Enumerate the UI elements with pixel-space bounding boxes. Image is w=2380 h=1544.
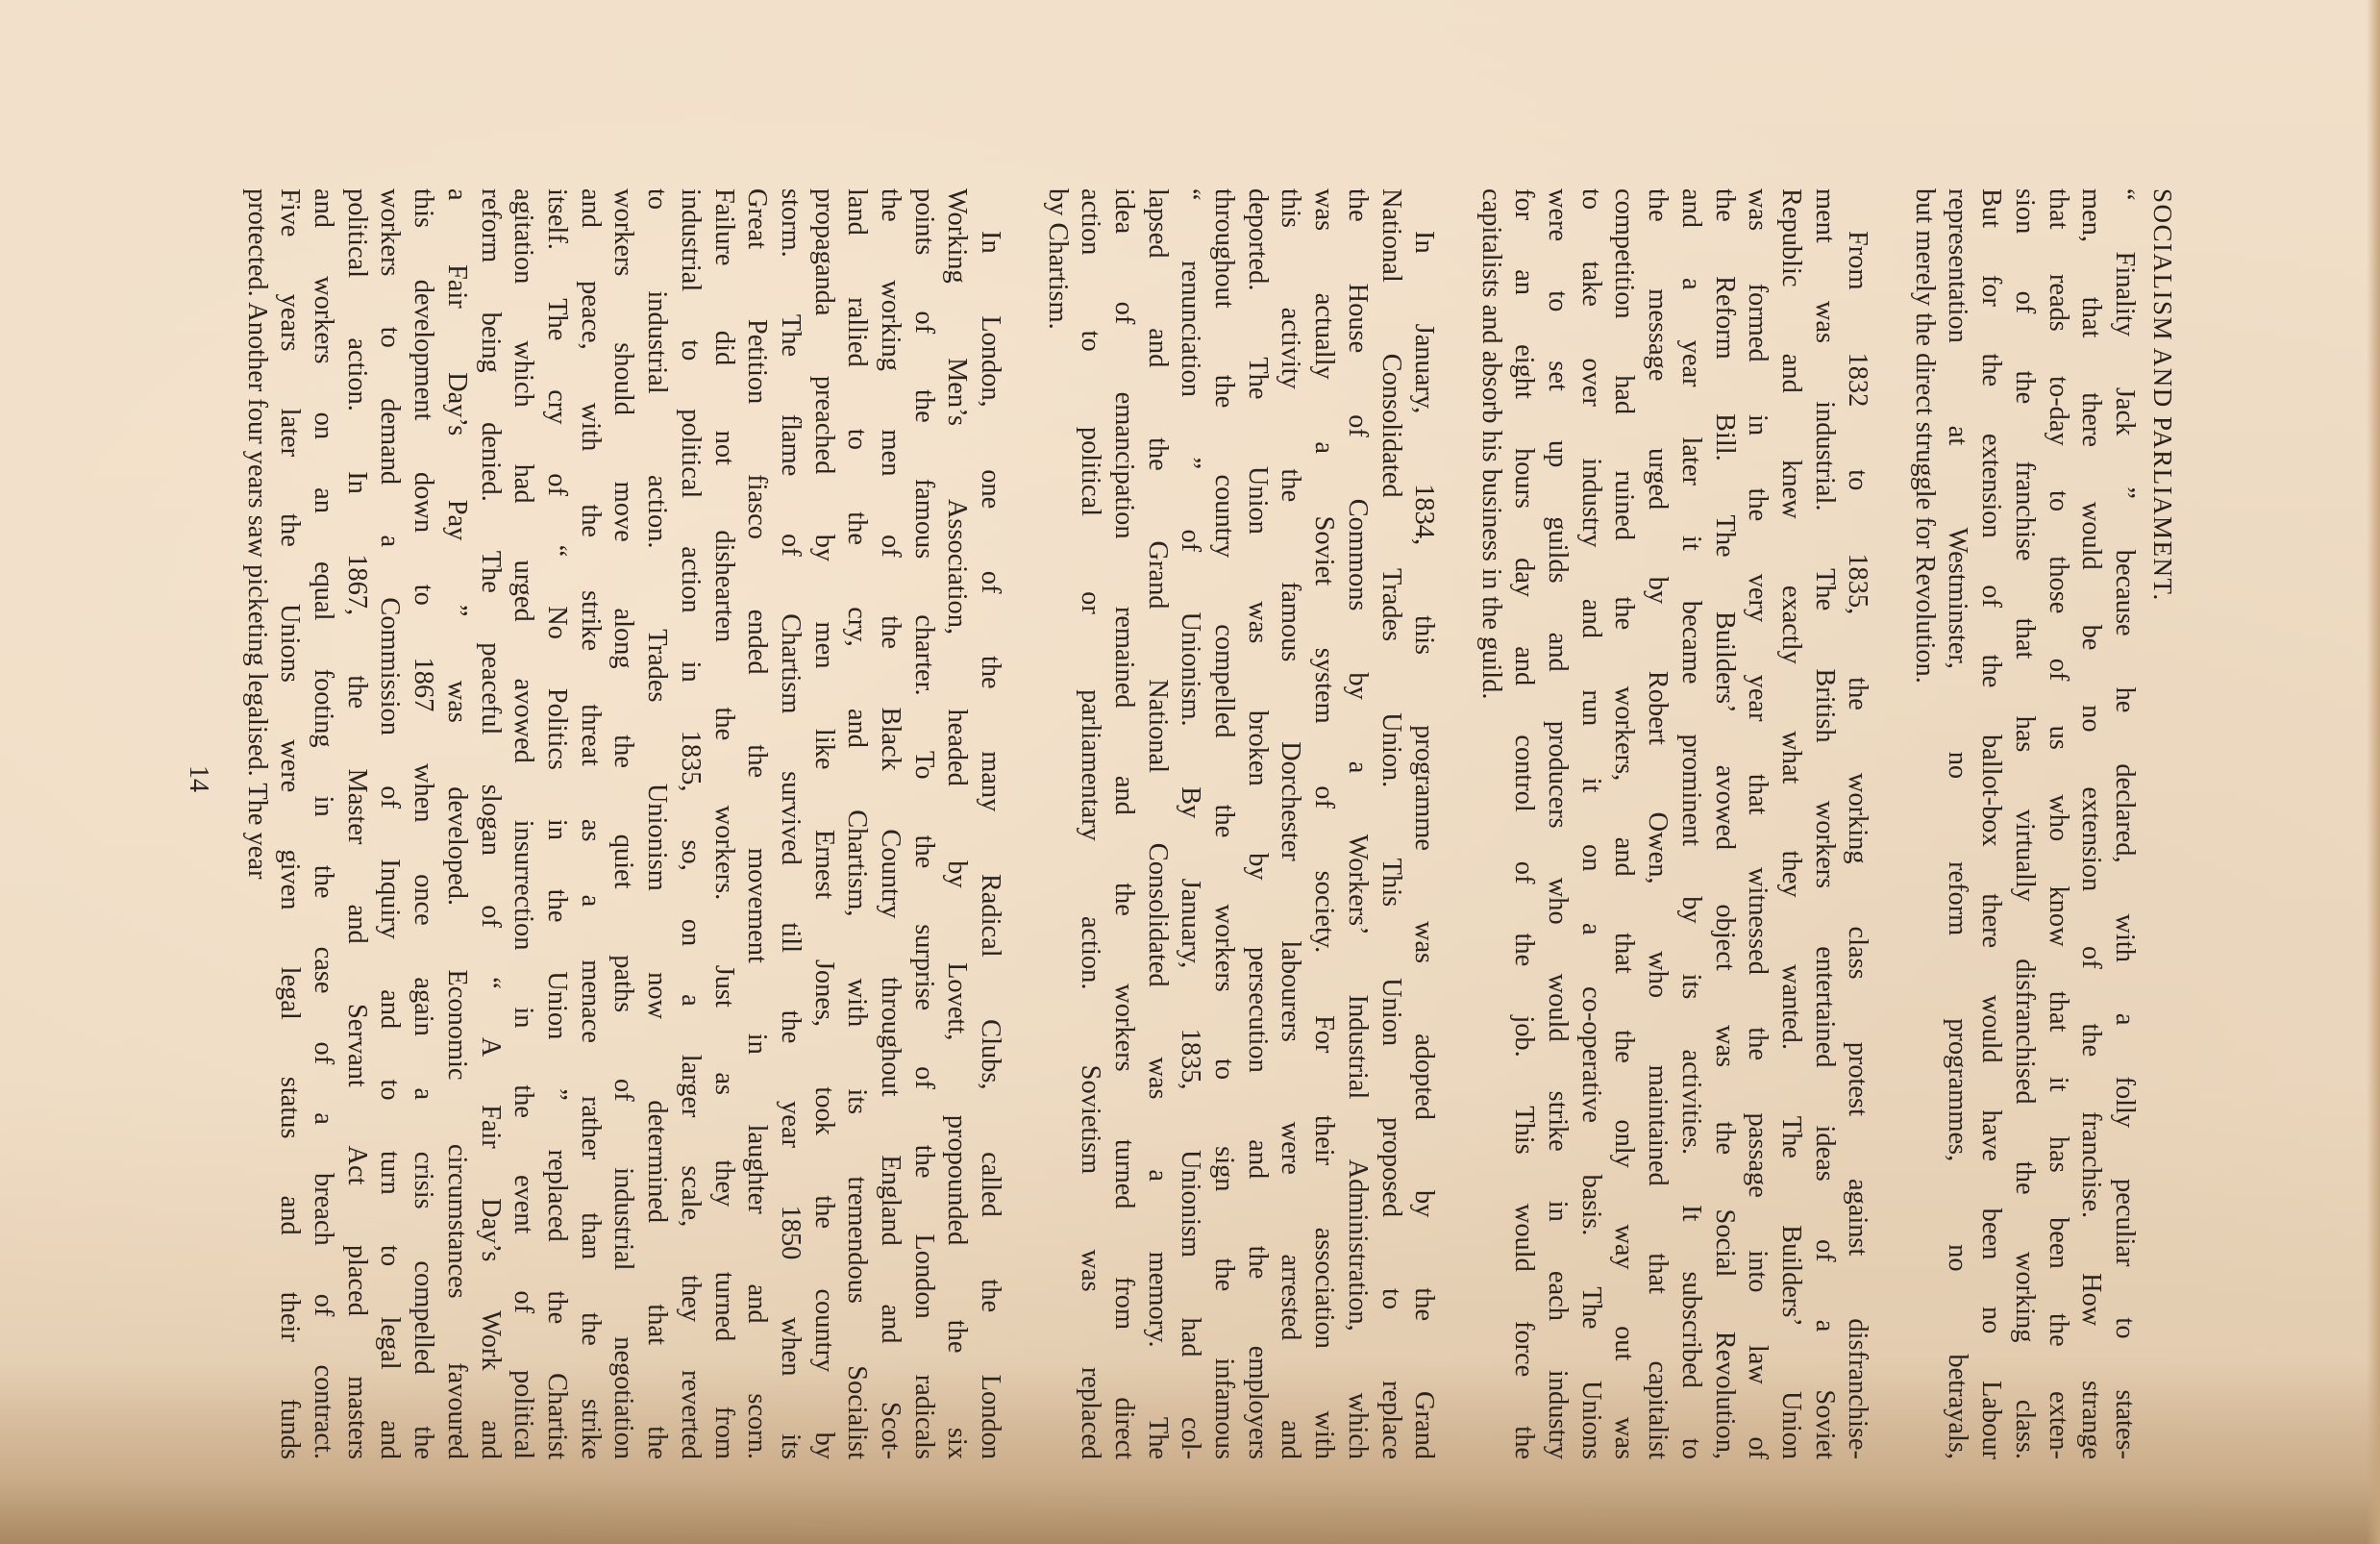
text-line: workers to demand a Commission of Inquir…: [373, 188, 407, 1459]
text-line: the message urged by Robert Owen, who ma…: [1640, 188, 1673, 1459]
text-line: and peace, with the strike threat as a m…: [573, 188, 607, 1459]
paragraph: In London, one of the many Radical Clubs…: [239, 188, 1006, 1459]
text-line: National Consolidated Trades Union. This…: [1374, 188, 1407, 1459]
text-line: In London, one of the many Radical Clubs…: [973, 188, 1006, 1459]
text-line: Failure did not dishearten the workers. …: [707, 188, 740, 1459]
paragraph: From 1832 to 1835, the working class pro…: [1474, 188, 1873, 1459]
book-page: SOCIALISM AND PARLIAMENT. “ Finality Jac…: [122, 188, 2179, 1459]
text-line: were to set up guilds and producers who …: [1540, 188, 1574, 1459]
text-line: the Reform Bill. The Builders’ avowed ob…: [1707, 188, 1741, 1459]
text-line: points of the famous charter. To the sur…: [906, 188, 940, 1459]
text-line: men, that there would be no extension of…: [2074, 188, 2108, 1459]
text-line: throughout the country compelled the wor…: [1206, 188, 1240, 1459]
page-number: 14: [183, 765, 213, 792]
text-line: propaganda preached by men like Ernest J…: [806, 188, 840, 1459]
text-line: Five years later the Unions were given l…: [273, 188, 307, 1459]
text-line: deported. The Union was broken by persec…: [1240, 188, 1274, 1459]
text-line: industrial to political action in 1835, …: [673, 188, 707, 1459]
text-line: was actually a Soviet system of society.…: [1306, 188, 1340, 1459]
text-line: capitalists and absorb his business in t…: [1474, 188, 1507, 1459]
text-line: storm. The flame of Chartism survived ti…: [773, 188, 806, 1459]
text-line: itself. The cry of “ No Politics in the …: [539, 188, 573, 1459]
text-line: protected. Another four years saw picket…: [239, 188, 273, 1459]
text-line: Great Petition fiasco ended the movement…: [740, 188, 774, 1459]
paragraph: In January, 1834, this programme was ado…: [1040, 188, 1440, 1459]
text-line: for an eight hours day and control of th…: [1507, 188, 1541, 1459]
text-line: and a year later it became prominent by …: [1673, 188, 1707, 1459]
text-line: and workers on an equal footing in the c…: [306, 188, 339, 1459]
text-line: “ Finality Jack ” because he declared, w…: [2107, 188, 2141, 1459]
text-line: In January, 1834, this programme was ado…: [1407, 188, 1441, 1459]
text-line: reform being denied. The peaceful slogan…: [473, 188, 507, 1459]
text-line: idea of emancipation remained and the wo…: [1106, 188, 1140, 1459]
text-line: this development down to 1867 when once …: [406, 188, 439, 1459]
text-line: the working men of the Black Country thr…: [873, 188, 906, 1459]
text-line: “ renunciation ” of Unionism. By January…: [1174, 188, 1207, 1459]
page-edge-shadow: [2367, 0, 2380, 1544]
text-line: land rallied to the cry, and Chartism, w…: [840, 188, 874, 1459]
text-line: agitation which had urged avowed insurre…: [507, 188, 540, 1459]
text-line: but merely the direct struggle for Revol…: [1907, 188, 1941, 1459]
text-line: But for the extension of the ballot-box …: [1973, 188, 2007, 1459]
text-line: to industrial action. Trades Unionism no…: [639, 188, 673, 1459]
text-line: that reads to-day to those of us who kno…: [2041, 188, 2074, 1459]
text-line: workers should move along the quiet path…: [607, 188, 640, 1459]
text-line: Republic and knew exactly what they want…: [1773, 188, 1807, 1459]
text-line: competition had ruined the workers, and …: [1607, 188, 1641, 1459]
text-line: this activity the famous Dorchester labo…: [1274, 188, 1307, 1459]
text-line: Working Men’s Association, headed by Lov…: [940, 188, 974, 1459]
text-line: lapsed and the Grand National Consolidat…: [1140, 188, 1174, 1459]
text-line: the House of Commons by a Workers’ Indus…: [1340, 188, 1374, 1459]
text-line: action to political or parliamentary act…: [1074, 188, 1107, 1459]
text-line: sion of the franchise that has virtually…: [2007, 188, 2041, 1459]
text-line: From 1832 to 1835, the working class pro…: [1841, 188, 1874, 1459]
paragraph: “ Finality Jack ” because he declared, w…: [1907, 188, 2141, 1459]
text-line: representation at Westminster, no reform…: [1941, 188, 1974, 1459]
text-line: a Fair Day’s Pay ” was developed. Econom…: [439, 188, 473, 1459]
text-line: ment was industrial. The British workers…: [1807, 188, 1841, 1459]
text-line: political action. In 1867, the Master an…: [339, 188, 373, 1459]
running-head: SOCIALISM AND PARLIAMENT.: [2141, 188, 2179, 1459]
text-line: to take over industry and run it on a co…: [1574, 188, 1607, 1459]
body-text: “ Finality Jack ” because he declared, w…: [239, 188, 2141, 1459]
text-line: by Chartism.: [1040, 188, 1074, 1459]
text-line: was formed in the very year that witness…: [1741, 188, 1774, 1459]
